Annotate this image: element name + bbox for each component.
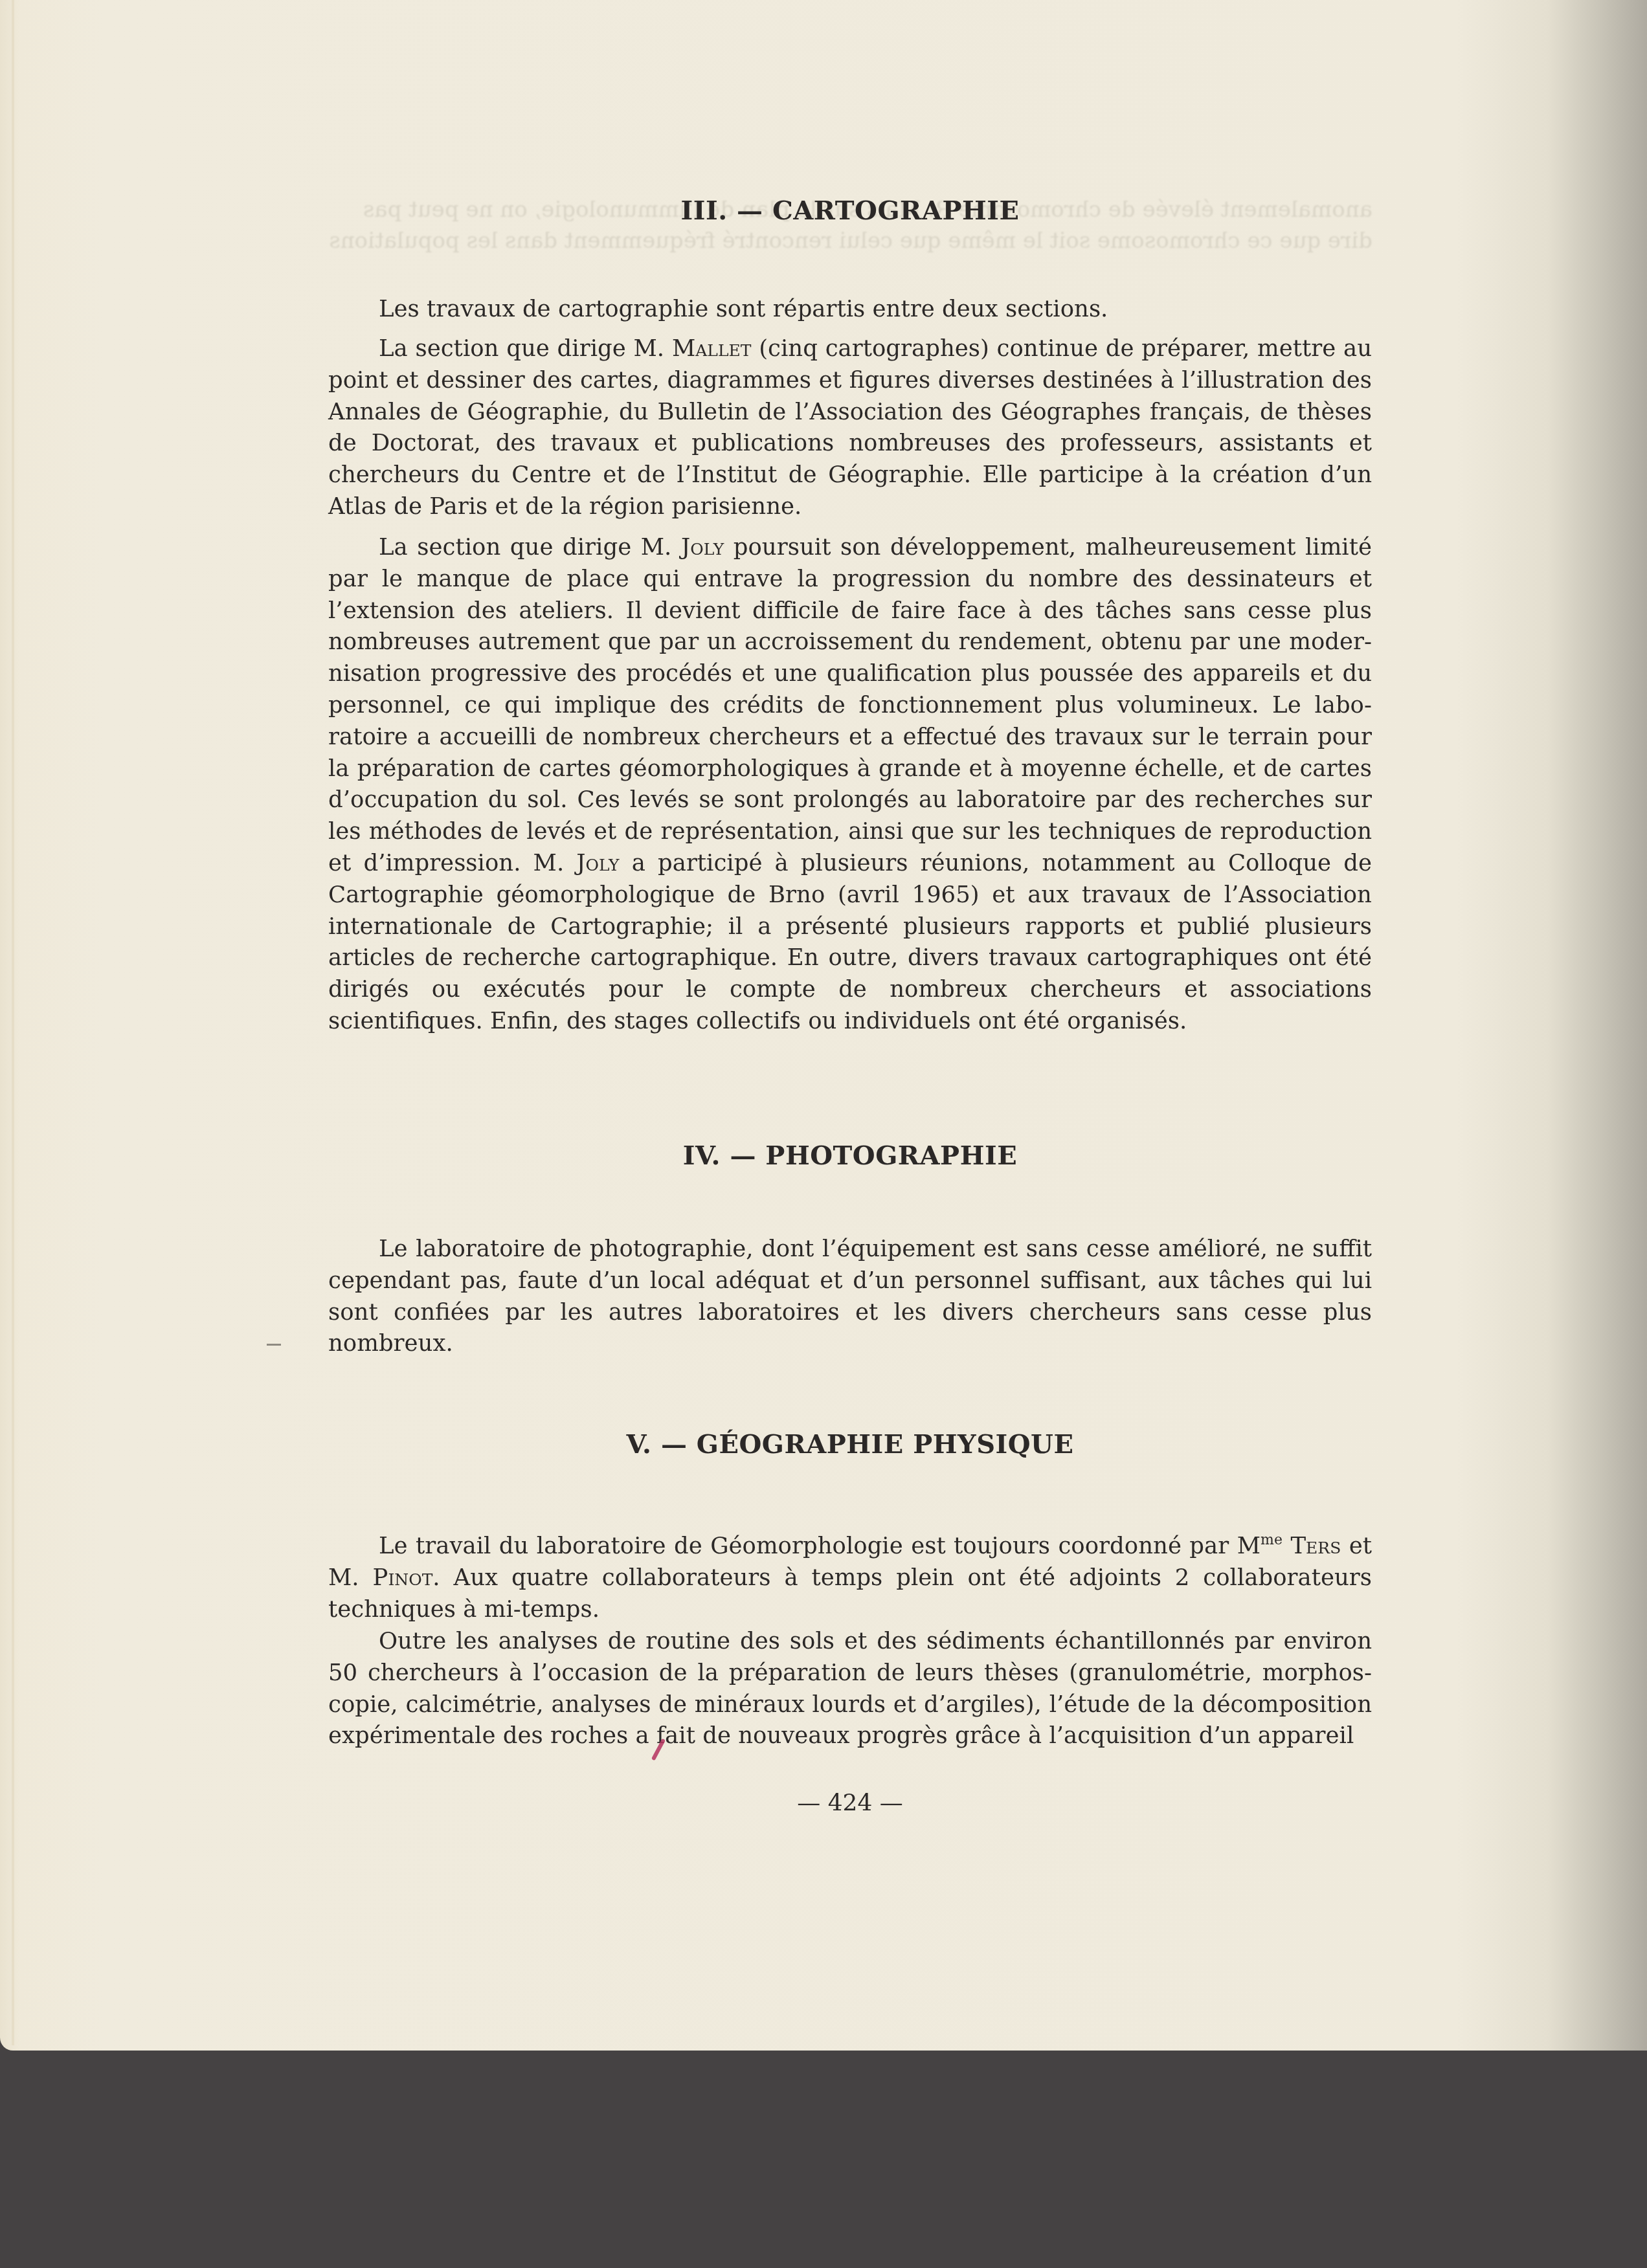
paragraph-cartographie-intro: Les travaux de cartographie sont réparti… <box>328 294 1372 326</box>
section-heading-cartographie: III. — CARTOGRAPHIE <box>328 195 1372 226</box>
superscript-me: me <box>1260 1532 1283 1548</box>
scanner-background <box>0 2051 1647 2268</box>
margin-mark <box>267 1344 281 1346</box>
scanned-page: anomalement élevée de chromosome R. Mais… <box>0 0 1647 2051</box>
paragraph-photographie: Le laboratoire de photographie, dont l’é… <box>328 1234 1372 1360</box>
text-run: La section que dirige M. <box>379 335 672 362</box>
person-name-pinot: Pinot <box>373 1564 433 1591</box>
person-name-mallet: Mallet <box>672 335 752 362</box>
paragraph-analyses: Outre les analyses de routine des sols e… <box>328 1626 1372 1752</box>
text-run: La section que dirige M. <box>379 534 681 561</box>
text-run: . Aux quatre collaborateurs à temps plei… <box>328 1564 1372 1623</box>
text-run: poursuit son développement, malheureusem… <box>328 534 1372 876</box>
paragraph-mallet-section: La section que dirige M. Mallet (cinq ca… <box>328 333 1372 523</box>
text-run: a participé à plusieurs réunions, notamm… <box>328 850 1372 1034</box>
person-name-joly: Joly <box>681 534 724 561</box>
paragraph-joly-section: La section que dirige M. Joly poursuit s… <box>328 532 1372 1038</box>
page-edge-shadow <box>12 0 14 2045</box>
person-name-ters: Ters <box>1290 1533 1341 1559</box>
person-name-joly: Joly <box>576 850 619 876</box>
paragraph-geomorphologie: Le travail du laboratoire de Géomorpholo… <box>328 1525 1372 1625</box>
section-heading-photographie: IV. — PHOTOGRAPHIE <box>328 1140 1372 1171</box>
page-number: — 424 — <box>328 1790 1372 1816</box>
section-heading-geographie-physique: V. — GÉOGRAPHIE PHYSIQUE <box>328 1429 1372 1460</box>
text-run: (cinq cartographes) continue de préparer… <box>328 335 1372 520</box>
text-run: Le travail du laboratoire de Géomorpholo… <box>379 1533 1260 1559</box>
